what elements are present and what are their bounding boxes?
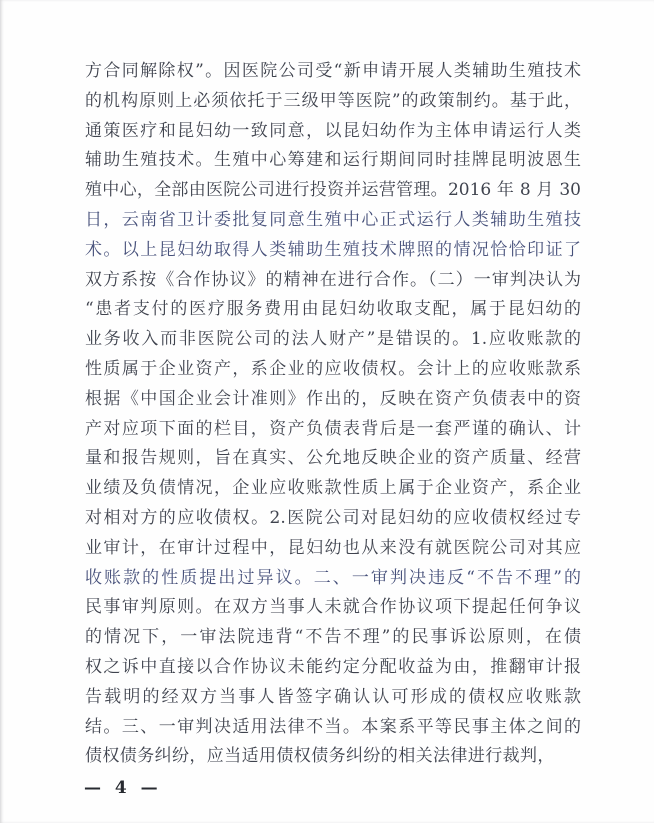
text-line: 性质属于企业资产，系企业的应收债权。会计上的应收账款系 [85, 355, 581, 385]
text-line: 对相对方的应收债权。2.医院公司对昆妇幼的应收债权经过专 [85, 504, 581, 534]
text-line: “患者支付的医疗服务费用由昆妇幼收取支配，属于昆妇幼的 [85, 295, 581, 325]
text-line: 根据《中国企业会计准则》作出的，反映在资产负债表中的资 [85, 385, 581, 415]
page-number: — 4 — [84, 776, 162, 800]
text-line: 方合同解除权”。因医院公司受“新申请开展人类辅助生殖技术 [85, 57, 581, 87]
text-line: 日，云南省卫计委批复同意生殖中心正式运行人类辅助生殖技 [85, 206, 581, 236]
text-line: 殖中心，全部由医院公司进行投资并运营管理。2016 年 8 月 30 [85, 176, 581, 206]
text-line: 的情况下，一审法院违背“不告不理”的民事诉讼原则，在债 [85, 623, 581, 653]
body-text: 方合同解除权”。因医院公司受“新申请开展人类辅助生殖技术 的机构原则上必须依托于… [85, 57, 581, 772]
text-line: 告载明的经双方当事人皆签字确认认可形成的债权应收账款 [85, 683, 581, 713]
text-line: 债权债务纠纷，应当适用债权债务纠纷的相关法律进行裁判， [85, 742, 581, 772]
text-line: 结。三、一审判决适用法律不当。本案系平等民事主体之间的 [85, 713, 581, 743]
text-line: 量和报告规则，旨在真实、公允地反映企业的资产质量、经营 [85, 444, 581, 474]
text-line: 通策医疗和昆妇幼一致同意，以昆妇幼作为主体申请运行人类 [85, 117, 581, 147]
text-line: 产对应项下面的栏目，资产负债表背后是一套严谨的确认、计 [85, 415, 581, 445]
text-line: 辅助生殖技术。生殖中心筹建和运行期间同时挂牌昆明波恩生 [85, 146, 581, 176]
text-line: 的机构原则上必须依托于三级甲等医院”的政策制约。基于此， [85, 87, 581, 117]
document-page: 方合同解除权”。因医院公司受“新申请开展人类辅助生殖技术 的机构原则上必须依托于… [0, 0, 654, 823]
text-line: 业绩及负债情况，企业应收账款性质上属于企业资产，系企业 [85, 474, 581, 504]
text-line: 民事审判原则。在双方当事人未就合作协议项下提起任何争议 [85, 593, 581, 623]
text-line: 术。以上昆妇幼取得人类辅助生殖技术牌照的情况恰恰印证了 [85, 236, 581, 266]
text-line: 收账款的性质提出过异议。二、一审判决违反“不告不理”的 [85, 564, 581, 594]
text-line: 业审计，在审计过程中，昆妇幼也从来没有就医院公司对其应 [85, 534, 581, 564]
text-line: 业务收入而非医院公司的法人财产”是错误的。1.应收账款的 [85, 325, 581, 355]
text-line: 双方系按《合作协议》的精神在进行合作。（二）一审判决认为 [85, 266, 581, 296]
text-line: 权之诉中直接以合作协议未能约定分配收益为由，推翻审计报 [85, 653, 581, 683]
